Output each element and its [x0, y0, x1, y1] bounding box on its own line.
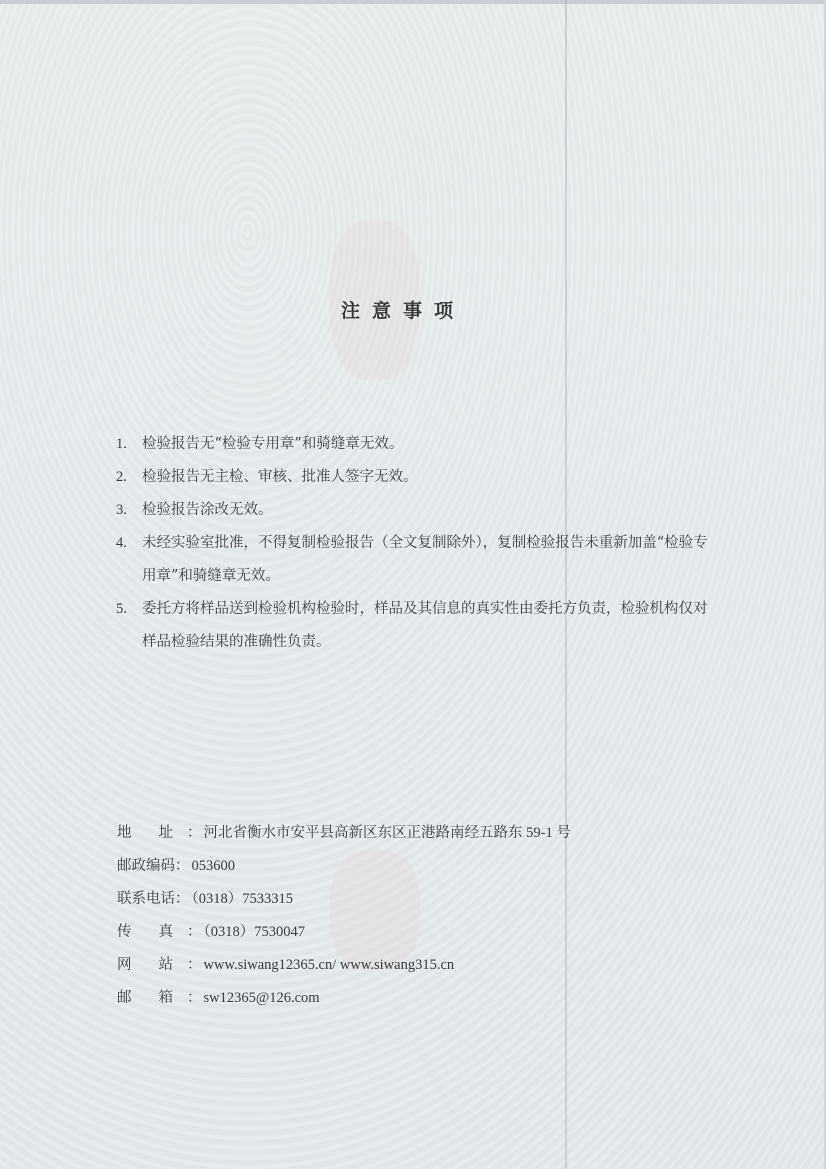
email-value: sw12365@126.com	[204, 990, 320, 1006]
label-separator: ：	[175, 858, 190, 874]
contact-phone: 联系电话：（0318）7533315	[117, 883, 717, 916]
address-value: 河北省衡水市安平县高新区东区正港路南经五路东 59-1 号	[204, 825, 571, 841]
notice-item: 5. 委托方将样品送到检验机构检验时，样品及其信息的真实性由委托方负责，检验机构…	[116, 593, 716, 659]
notice-item: 2. 检验报告无主检、审核、批准人签字无效。	[116, 461, 716, 494]
website-label: 网 站	[117, 949, 173, 982]
notice-number: 4.	[116, 527, 127, 560]
fax-label-char: 真	[159, 916, 174, 949]
website-label-char: 站	[159, 949, 174, 982]
label-separator: ：	[187, 825, 202, 841]
notice-list: 1. 检验报告无“检验专用章”和骑缝章无效。 2. 检验报告无主检、审核、批准人…	[116, 428, 716, 659]
notice-text: 检验报告无主检、审核、批准人签字无效。	[142, 461, 716, 494]
contact-info: 地 址 ：河北省衡水市安平县高新区东区正港路南经五路东 59-1 号 邮政编码：…	[117, 817, 717, 1015]
label-separator: ：	[187, 924, 202, 940]
website-value: www.siwang12365.cn/ www.siwang315.cn	[204, 957, 455, 973]
contact-fax: 传 真 ：（0318）7530047	[117, 916, 717, 949]
phone-label: 联系电话	[117, 891, 175, 907]
notice-number: 2.	[116, 461, 127, 494]
address-label-char: 地	[117, 817, 132, 850]
contact-address: 地 址 ：河北省衡水市安平县高新区东区正港路南经五路东 59-1 号	[117, 817, 717, 850]
contact-email: 邮 箱 ：sw12365@126.com	[117, 982, 717, 1015]
scan-top-edge	[0, 0, 826, 4]
website-label-char: 网	[117, 949, 132, 982]
contact-postcode: 邮政编码：053600	[117, 850, 717, 883]
label-separator: ：	[175, 891, 190, 907]
notice-number: 5.	[116, 593, 127, 626]
notice-text: 检验报告涂改无效。	[142, 494, 716, 527]
fax-label: 传 真	[117, 916, 173, 949]
notice-number: 3.	[116, 494, 127, 527]
fax-value: （0318）7530047	[204, 924, 306, 940]
fax-label-char: 传	[117, 916, 132, 949]
postcode-label: 邮政编码	[117, 858, 175, 874]
label-separator: ：	[187, 957, 202, 973]
contact-website: 网 站 ：www.siwang12365.cn/ www.siwang315.c…	[117, 949, 717, 982]
page-title: 注意事项	[0, 296, 806, 323]
notice-text: 委托方将样品送到检验机构检验时，样品及其信息的真实性由委托方负责，检验机构仅对样…	[142, 593, 716, 659]
phone-value: （0318）7533315	[192, 891, 294, 907]
notice-text: 检验报告无“检验专用章”和骑缝章无效。	[142, 428, 716, 461]
notice-item: 4. 未经实验室批准，不得复制检验报告（全文复制除外），复制检验报告未重新加盖“…	[116, 527, 716, 593]
email-label: 邮 箱	[117, 982, 173, 1015]
label-separator: ：	[187, 990, 202, 1006]
email-label-char: 邮	[117, 982, 132, 1015]
address-label: 地 址	[117, 817, 173, 850]
postcode-value: 053600	[192, 858, 236, 874]
notice-item: 3. 检验报告涂改无效。	[116, 494, 716, 527]
email-label-char: 箱	[159, 982, 174, 1015]
address-label-char: 址	[159, 817, 174, 850]
notice-item: 1. 检验报告无“检验专用章”和骑缝章无效。	[116, 428, 716, 461]
notice-text: 未经实验室批准，不得复制检验报告（全文复制除外），复制检验报告未重新加盖“检验专…	[142, 527, 716, 593]
notice-number: 1.	[116, 428, 127, 461]
